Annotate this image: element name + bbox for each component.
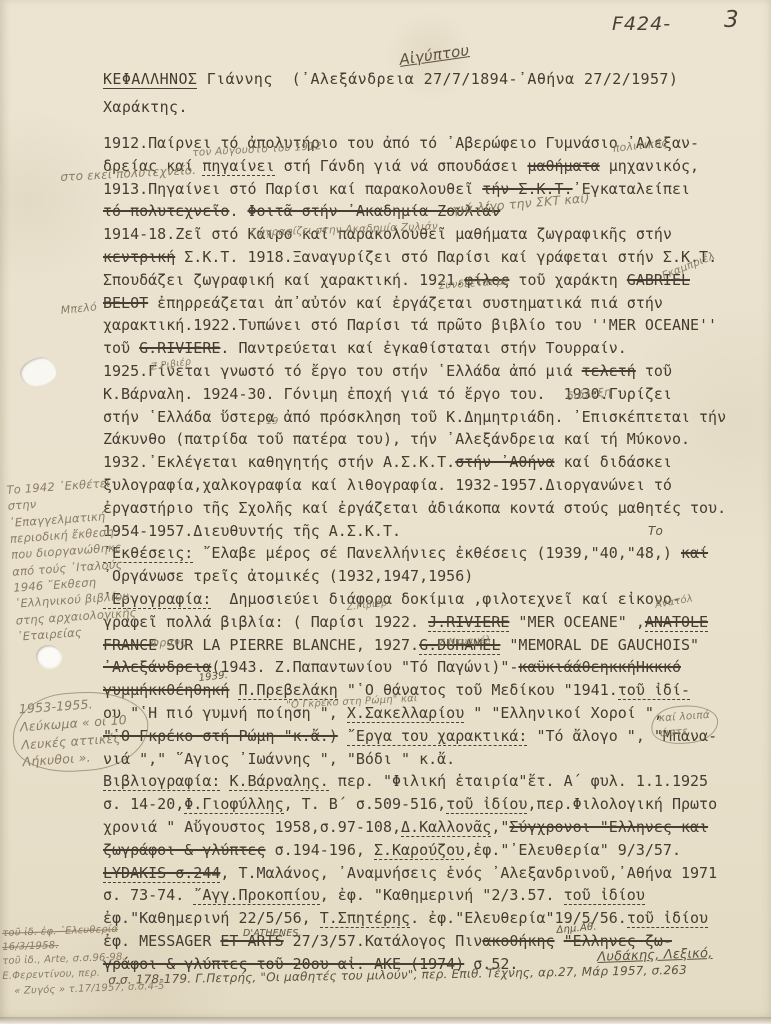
text-segment: , Τ.Μαλάνος, ᾽Αναμνήσεις ἑνός ᾽Αλεξανδρι…: [220, 864, 717, 882]
handwritten-note: Μπελό: [60, 299, 98, 318]
text-segment: Σύγχρονοι "Ελληνες και: [509, 818, 708, 836]
text-segment: Βιβλιογραφία:: [103, 772, 220, 791]
handwritten-note: D'ATHENES.: [243, 927, 302, 940]
typed-line: ᾽Οργάνωσε τρεῖς ἀτομικές (1932,1947,1956…: [103, 567, 763, 590]
typed-line: ἐργαστήριο τῆς Σχολῆς καί ἐργάζεται ἀδιά…: [103, 499, 763, 522]
text-segment: χαρακτική.1922.Τυπώνει στό Παρίσι τά πρῶ…: [103, 316, 717, 334]
text-segment: σ. 73-74.: [103, 886, 193, 904]
handwritten-note: τοῦ ἰδ. ἐφ. ῾Ελευθερία: [2, 923, 118, 941]
text-segment: καί: [681, 544, 708, 562]
text-segment: ἐφ."Καθημερινή 22/5/56,: [103, 909, 320, 927]
typed-line: νιά "," ῞Αγιος ᾽Ιωάννης ", "Βόδι " κ.ἄ.: [103, 750, 763, 773]
text-segment: , Τ. Β΄ σ.509-516,: [284, 795, 447, 813]
text-segment: στήν ῾Ελλάδα ὕστερα ἀπό πρόσκληση τοῦ Κ.…: [103, 408, 726, 426]
text-segment: ἐργαστήριο τῆς Σχολῆς καί ἐργάζεται ἀδιά…: [103, 499, 726, 517]
text-segment: ΚΕΦΑΛΛΗΝΟΣ: [103, 70, 197, 89]
text-segment: BELOT: [103, 294, 148, 312]
text-segment: ᾽Οργάνωσε τρεῖς ἀτομικές (1932,1947,1956…: [103, 567, 473, 585]
document-page: F424- 3 ΚΕΦΑΛΛΗΝΟΣ Γιάννης (᾽Αλεξάνδρεια…: [0, 0, 771, 1024]
text-segment: 1954-1957.Διευθυντής τῆς Α.Σ.Κ.Τ.: [103, 522, 401, 540]
text-segment: Δημοσιεύει διάφορα δοκίμια ,φιλοτεχνεῖ κ…: [211, 590, 681, 608]
text-segment: ῎Εργα του χαρακτικά:: [347, 727, 528, 746]
typed-line: ζωγράφοι & γλύπτες σ.194-196, Σ.Καρούζου…: [103, 841, 763, 864]
text-segment: ,": [491, 818, 509, 836]
text-segment: Κ.Βάρναλης.: [229, 772, 328, 791]
text-segment: Σ.Καρούζου: [374, 841, 464, 860]
text-segment: τοῦ ἰδίου: [446, 795, 527, 814]
typed-line: χαρακτική.1922.Τυπώνει στό Παρίσι τά πρῶ…: [103, 316, 763, 339]
text-segment: περ. "Φιλική ἑταιρία"ἔτ. Α΄ φυλ. 1.1.192…: [329, 772, 708, 790]
typed-line: ξυλογραφία,χαλκογραφία καί λιθογραφία. 1…: [103, 476, 763, 499]
text-segment: σ. 14-20,: [103, 795, 184, 813]
text-segment: νιά "," ῞Αγιος ᾽Ιωάννης ", "Βόδι " κ.ἄ.: [103, 750, 455, 768]
handwritten-note: Το 1942 ᾽Εκθέτει στην ᾽Επαγγελματική περ…: [6, 473, 145, 645]
typed-line: FRANCE SUR LA PIERRE BLANCHE, 1927.G.DUH…: [103, 636, 763, 659]
text-segment: SUR LA PIERRE BLANCHE, 1927.: [157, 636, 419, 654]
typed-line: στήν ῾Ελλάδα ὕστερα ἀπό πρόσκληση τοῦ Κ.…: [103, 408, 763, 431]
text-segment: τοῦ χαράκτη: [509, 271, 626, 289]
text-segment: . Παντρεύεται καί ἐγκαθίσταται στήν Τουρ…: [220, 339, 626, 357]
handwritten-note: 19: [266, 415, 279, 428]
text-segment: ἐπηρρεάζεται ἀπ᾽αὐτόν καί ἐργάζεται συστ…: [148, 294, 663, 312]
text-segment: , ἐφ. "Καθημερινή "2/3.57.: [320, 886, 564, 904]
typed-line: ἐφ."Καθημερινή 22/5/56, Τ.Σπητέρης. ἐφ."…: [103, 909, 763, 932]
text-segment: τοῦ: [103, 339, 139, 357]
typed-line: Ζάκυνθο (πατρίδα τοῦ πατέρα του), τήν ᾽Α…: [103, 430, 763, 453]
text-segment: χρονιά " Αὔγουστος 1958,σ.97-108,: [103, 818, 401, 836]
typed-line: γραφεῖ πολλά βιβλία: ( Παρίσι 1922. J.RI…: [103, 613, 763, 636]
text-segment: "MER OCEANE" ,: [509, 613, 644, 631]
text-segment: Τ.Σπητέρης: [320, 909, 410, 928]
text-segment: ῎Αγγ.Προκοπίου: [193, 886, 319, 905]
typed-line: 1913.Πηγαίνει στό Παρίσι καί παρακολουθε…: [103, 180, 763, 203]
text-segment: Χαράκτης.: [103, 98, 188, 116]
text-segment: (1943. Ζ.Παπαντωνίου "Τό Παγώνι)"-: [211, 658, 518, 676]
text-segment: 27/3/57.Κατάλογος Πιν: [284, 932, 483, 950]
handwritten-note: Αἰγύπτου: [398, 40, 471, 71]
text-segment: Δ.Καλλονᾶς: [401, 818, 491, 837]
typed-line: [103, 126, 763, 134]
typed-line: 1932.᾽Εκλέγεται καθηγητής στήν Α.Σ.Κ.Τ.σ…: [103, 453, 763, 476]
text-segment: Γιάννης (᾽Αλεξάνδρεια 27/7/1894-᾽Αθήνα 2…: [197, 70, 678, 88]
text-segment: τοῦ ἰδίου: [564, 886, 645, 905]
typed-line: ᾽Εκθέσεις: ῎Ελαβε μέρος σέ Πανελλήνιες ἐ…: [103, 544, 763, 567]
text-segment: κεντρική: [103, 248, 175, 266]
text-segment: ακοθήκης: [482, 932, 554, 950]
text-segment: ᾽Εγκαταλείπει: [573, 180, 690, 198]
text-segment: τοῦ: [636, 362, 672, 380]
text-segment: G.RIVIERE: [139, 339, 220, 357]
text-segment: τό πολυτεχνεῖο: [103, 202, 229, 220]
text-segment: LYDAKIS σ.244: [103, 864, 220, 883]
text-segment: 1913.Πηγαίνει στό Παρίσι καί παρακολουθε…: [103, 180, 482, 198]
text-segment: γραφεῖ πολλά βιβλία: ( Παρίσι 1922.: [103, 613, 428, 631]
page-bottom-edge: [0, 1017, 771, 1024]
text-segment: στήν ᾽Αθήνα: [455, 453, 554, 471]
text-segment: ,περ.Φιλολογική Πρωτο: [527, 795, 717, 813]
text-segment: Ζάκυνθο (πατρίδα τοῦ πατέρα του), τήν ᾽Α…: [103, 430, 690, 448]
handwritten-note: Φρανς: [150, 634, 187, 651]
text-segment: τελετή: [582, 362, 636, 380]
text-segment: ζωγράφοι & γλύπτες: [103, 841, 266, 859]
text-segment: στή Γάνδη γιά νά σπουδάσει: [275, 157, 528, 175]
typed-line: Χαράκτης.: [103, 98, 763, 126]
text-segment: 1932.᾽Εκλέγεται καθηγητής στήν Α.Σ.Κ.Τ.: [103, 453, 455, 471]
text-segment: J.RIVIERE: [428, 613, 509, 632]
typed-line: Βιβλιογραφία: Κ.Βάρναλης. περ. "Φιλική ἑ…: [103, 772, 763, 795]
text-segment: σ.194-196,: [266, 841, 374, 859]
handwritten-note: Το: [648, 523, 663, 540]
text-segment: Φ.Γιοφύλλης: [184, 795, 283, 814]
typed-line: 1925.Γίνεται γνωστό τό ἔργο του στήν ῾Ελ…: [103, 362, 763, 385]
text-segment: μηχανικός,: [600, 157, 699, 175]
text-segment: μαθήματα: [527, 157, 599, 175]
text-segment: " "Ελληνικοί Χοροί ",: [464, 704, 663, 722]
typed-line: Κ.Βάρναλη. 1924-30. Γόνιμη ἐποχή γιά τό …: [103, 385, 763, 408]
handwritten-note: ι: [600, 640, 604, 654]
typed-line: σ. 14-20,Φ.Γιοφύλλης, Τ. Β΄ σ.509-516,το…: [103, 795, 763, 818]
typed-line: ΚΕΦΑΛΛΗΝΟΣ Γιάννης (᾽Αλεξάνδρεια 27/7/18…: [103, 70, 763, 98]
typed-line: 1954-1957.Διευθυντής τῆς Α.Σ.Κ.Τ.: [103, 522, 763, 545]
text-segment: [338, 727, 347, 745]
typed-line: χρονιά " Αὔγουστος 1958,σ.97-108,Δ.Καλλο…: [103, 818, 763, 841]
page-number: 3: [724, 7, 739, 33]
typed-body: ΚΕΦΑΛΛΗΝΟΣ Γιάννης (᾽Αλεξάνδρεια 27/7/18…: [103, 70, 763, 977]
text-segment: Σπουδάζει ζωγραφική καί χαρακτική. 1921.: [103, 271, 464, 289]
paper-blemish: [17, 355, 58, 390]
typed-line: BELOT ἐπηρρεάζεται ἀπ᾽αὐτόν καί ἐργάζετα…: [103, 294, 763, 317]
text-segment: τοῦ ἰδίου: [627, 909, 708, 928]
typed-line: LYDAKIS σ.244, Τ.Μαλάνος, ᾽Αναμνήσεις ἑν…: [103, 864, 763, 887]
text-segment: καί διδάσκει: [555, 453, 672, 471]
text-segment: ῎Ελαβε μέρος σέ Πανελλήνιες ἐκθέσεις (19…: [193, 544, 681, 562]
text-segment: καϋκιάάθεηκκήΗκκκό: [518, 658, 681, 676]
text-segment: ,ἐφ."᾽Ελευθερία" 9/3/57.: [464, 841, 681, 859]
typed-line: τοῦ G.RIVIERE. Παντρεύεται καί ἐγκαθίστα…: [103, 339, 763, 362]
text-segment: τοῦ ἰδί-: [618, 681, 690, 700]
text-segment: Σ.Κ.Τ. 1918.Ξαναγυρίζει στό Παρίσι καί γ…: [175, 248, 717, 266]
text-segment: ἐφ. MESSAGER: [103, 932, 220, 950]
punch-hole: [36, 645, 61, 668]
text-segment: .: [229, 202, 247, 220]
text-segment: ANATOLE: [645, 613, 708, 632]
text-segment: ξυλογραφία,χαλκογραφία καί λιθογραφία. 1…: [103, 476, 672, 494]
text-segment: ᾽Αλεξάνδρεια: [103, 658, 211, 676]
typed-line: σ. 73-74. ῎Αγγ.Προκοπίου, ἐφ. "Καθημεριν…: [103, 886, 763, 909]
folder-code: F424-: [612, 13, 671, 35]
